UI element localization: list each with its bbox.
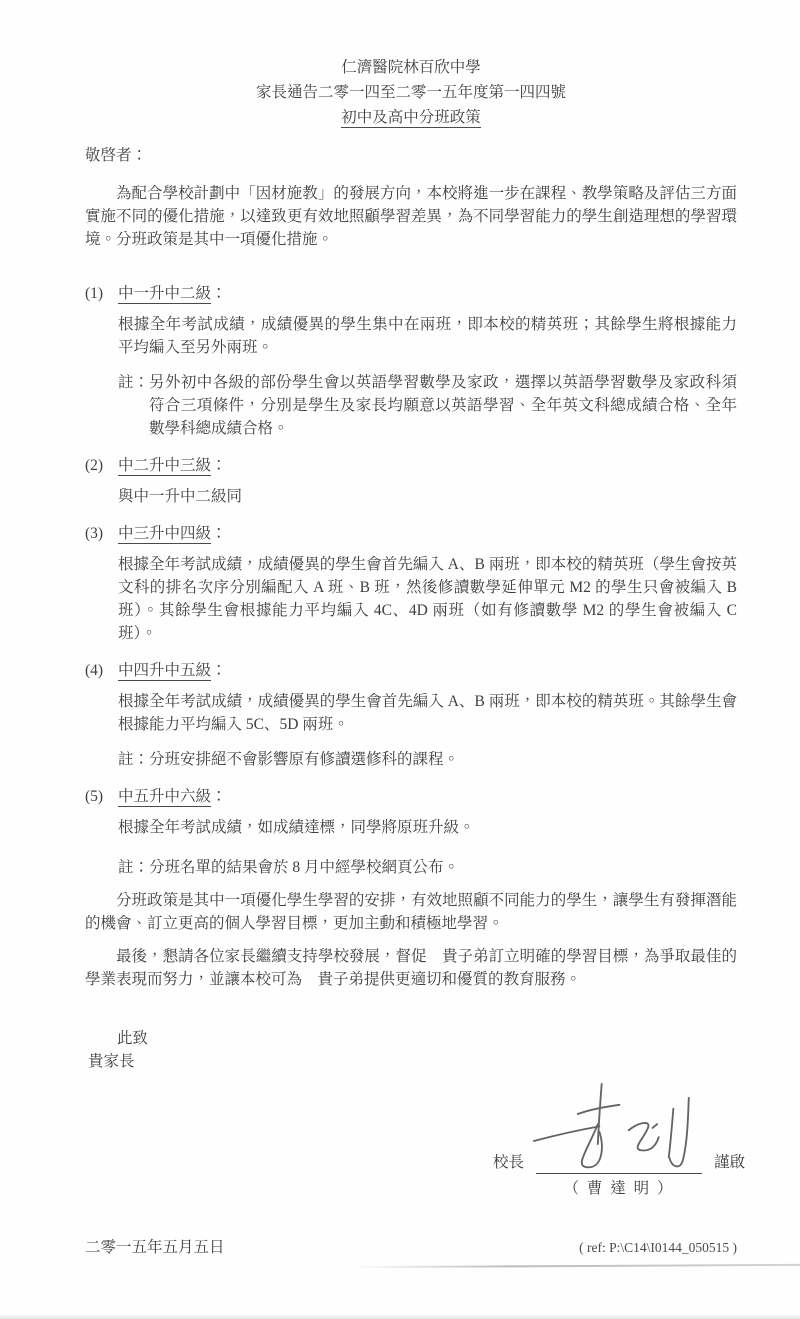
section-1-heading: 中一升中二級： [118, 282, 737, 305]
scanned-notice-page: 仁濟醫院林百欣中學 家長通告二零一四至二零一五年度第一四四號 初中及高中分班政策… [0, 0, 800, 1319]
section-4-body: 根據全年考試成績，成績優異的學生會首先編入 A、B 兩班，即本校的精英班。其餘學… [118, 690, 737, 736]
section-2-heading: 中二升中三級： [118, 454, 737, 477]
issue-date: 二零一五年五月五日 [85, 1236, 225, 1259]
intro-paragraph: 為配合學校計劃中「因材施教」的發展方向，本校將進一步在課程、教學策略及評估三方面… [85, 182, 737, 251]
section-2: (2) 中二升中三級： 與中一升中二級同 [85, 454, 737, 508]
scan-artifact-line [353, 1264, 800, 1268]
section-5-heading: 中五升中六級： [118, 785, 737, 808]
notice-number-line: 家長通告二零一四至二零一五年度第一四四號 [85, 80, 737, 105]
section-3-title: 中三升中四級 [118, 525, 211, 544]
section-3-colon: ： [211, 525, 227, 542]
section-4-title: 中四升中五級 [118, 662, 211, 681]
principal-signature-icon [530, 1075, 715, 1187]
section-3-heading: 中三升中四級： [118, 522, 737, 545]
footer: 二零一五年五月五日 ( ref: P:\C14\I0144_050515 ) [85, 1236, 737, 1259]
section-2-title: 中二升中三級 [118, 457, 211, 476]
section-5-title: 中五升中六級 [118, 788, 211, 807]
section-5-colon: ： [211, 788, 227, 805]
respectfully-submitted-label: 謹啟 [714, 1151, 745, 1174]
section-1-number: (1) [85, 282, 103, 305]
recipient: 貴家長 [88, 1050, 737, 1073]
results-announcement-note: 註：分班名單的結果會於 8 月中經學校網頁公布。 [85, 856, 737, 879]
section-3-number: (3) [85, 522, 103, 545]
scan-bottom-edge [0, 1314, 800, 1319]
section-1: (1) 中一升中二級： 根據全年考試成績，成績優異的學生集中在兩班，即本校的精英… [85, 282, 737, 440]
principal-role-label: 校長 [493, 1151, 524, 1174]
section-1-body: 根據全年考試成績，成績優異的學生集中在兩班，即本校的精英班；其餘學生將根據能力平… [118, 313, 737, 359]
section-2-colon: ： [211, 457, 227, 474]
section-list: (1) 中一升中二級： 根據全年考試成績，成績優異的學生集中在兩班，即本校的精英… [85, 282, 737, 839]
reference-number: ( ref: P:\C14\I0144_050515 ) [579, 1236, 737, 1259]
note-text: 分班安排絕不會影響原有修讀選修科的課程。 [149, 748, 459, 771]
section-4-number: (4) [85, 659, 103, 682]
section-4-colon: ： [211, 662, 227, 679]
signature-row: 校長 謹啟 [493, 1083, 745, 1174]
note-label: 註： [118, 371, 149, 394]
section-4-heading: 中四升中五級： [118, 659, 737, 682]
school-name: 仁濟醫院林百欣中學 [85, 55, 737, 80]
subject-title: 初中及高中分班政策 [341, 109, 481, 128]
section-5-number: (5) [85, 785, 103, 808]
section-3: (3) 中三升中四級： 根據全年考試成績，成績優異的學生會首先編入 A、B 兩班… [85, 522, 737, 645]
document-header: 仁濟醫院林百欣中學 家長通告二零一四至二零一五年度第一四四號 初中及高中分班政策 [85, 55, 737, 130]
section-2-number: (2) [85, 454, 103, 477]
signature-block: 校長 謹啟 （ 曹 達 明 ） [85, 1083, 745, 1200]
closing-paragraph-1: 分班政策是其中一項優化學生學習的安排，有效地照顧不同能力的學生，讓學生有發揮潛能… [85, 889, 737, 935]
closing-paragraph-2: 最後，懇請各位家長繼續支持學校發展，督促 貴子弟訂立明確的學習目標，為爭取最佳的… [85, 945, 737, 991]
section-5: (5) 中五升中六級： 根據全年考試成績，如成績達標，同學將原班升級。 [85, 785, 737, 839]
note-text: 另外初中各級的部份學生會以英語學習數學及家政，選擇以英語學習數學及家政科須符合三… [149, 371, 737, 440]
section-1-colon: ： [211, 285, 227, 302]
subject-line: 初中及高中分班政策 [85, 105, 737, 130]
section-1-note: 註： 另外初中各級的部份學生會以英語學習數學及家政，選擇以英語學習數學及家政科須… [118, 371, 737, 440]
salutation: 敬啓者： [85, 144, 737, 167]
section-2-body: 與中一升中二級同 [118, 485, 737, 508]
valediction: 此致 [117, 1027, 737, 1050]
section-3-body: 根據全年考試成績，成績優異的學生會首先編入 A、B 兩班，即本校的精英班（學生會… [118, 553, 737, 645]
section-5-body: 根據全年考試成績，如成績達標，同學將原班升級。 [118, 816, 737, 839]
section-1-title: 中一升中二級 [118, 285, 211, 304]
section-4: (4) 中四升中五級： 根據全年考試成績，成績優異的學生會首先編入 A、B 兩班… [85, 659, 737, 771]
signature-line [536, 1083, 702, 1174]
section-4-note: 註： 分班安排絕不會影響原有修讀選修科的課程。 [118, 748, 737, 771]
note-label: 註： [118, 748, 149, 771]
